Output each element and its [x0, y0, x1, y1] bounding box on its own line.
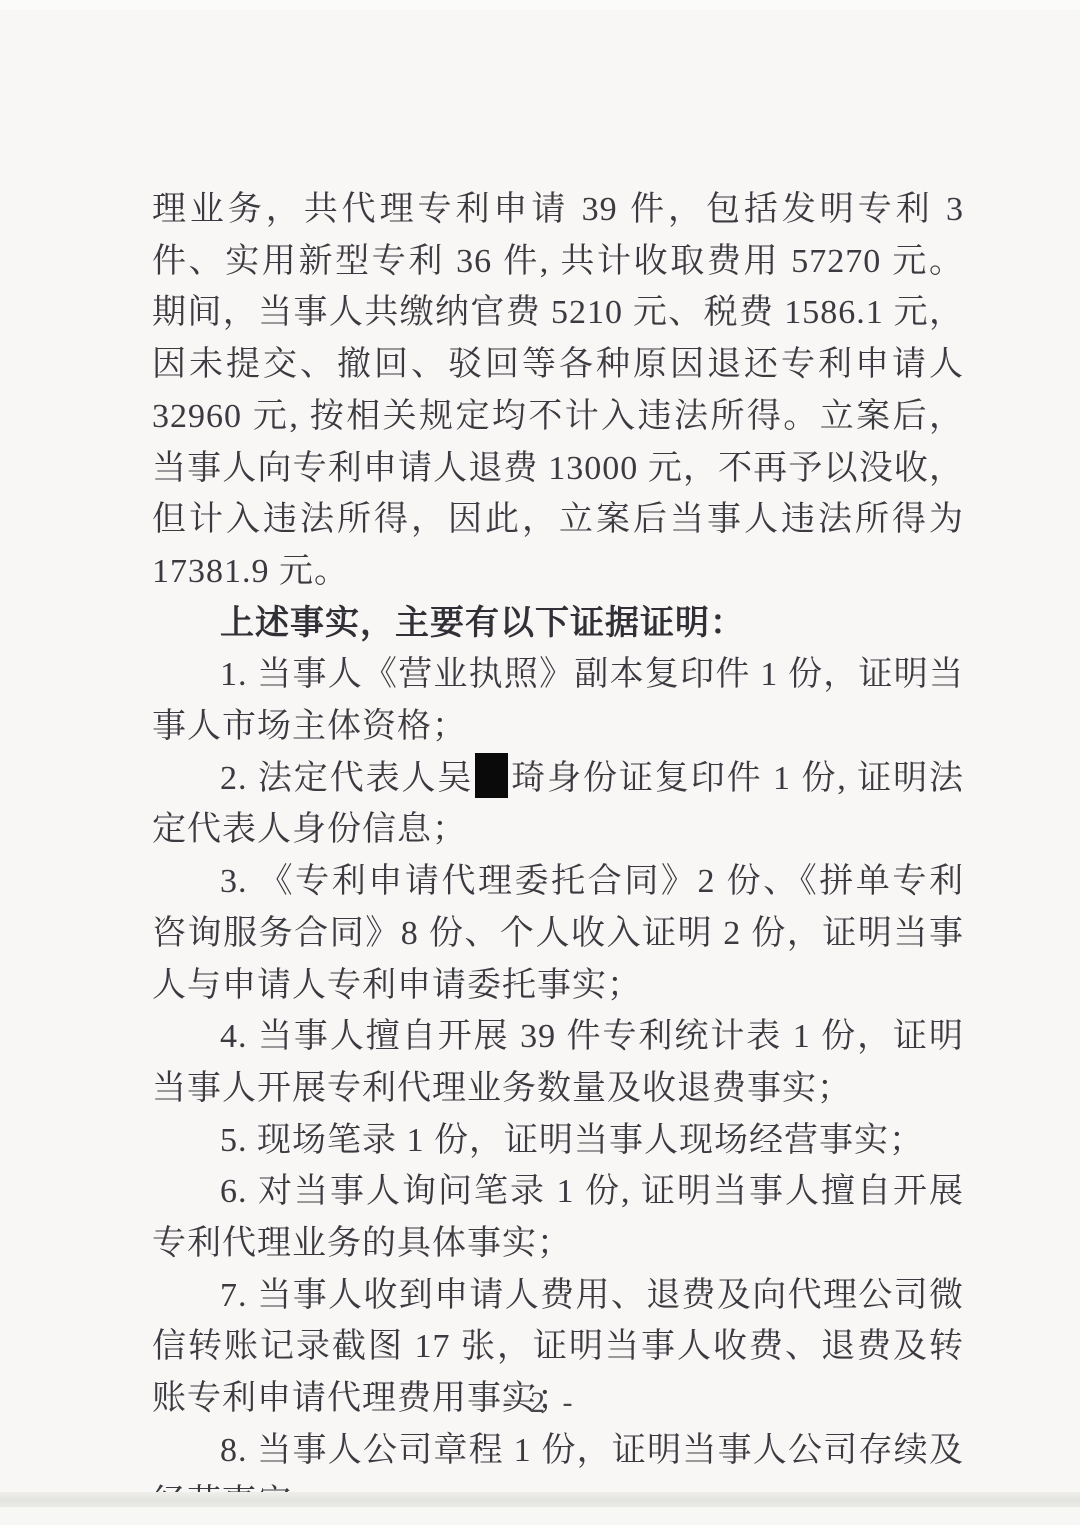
page-number: - 2 - [0, 1386, 1080, 1420]
evidence-item-3: 3. 《专利申请代理委托合同》2 份、《拼单专利咨询服务合同》8 份、个人收入证… [152, 856, 964, 1011]
redaction-box [475, 753, 508, 798]
evidence-item-1: 1. 当事人《营业执照》副本复印件 1 份，证明当事人市场主体资格； [152, 649, 964, 752]
evidence-heading: 上述事实，主要有以下证据证明： [152, 598, 964, 650]
scan-edge-bottom [0, 1507, 1080, 1525]
evidence-item-6: 6. 对当事人询问笔录 1 份, 证明当事人擅自开展专利代理业务的具体事实； [152, 1166, 964, 1269]
evidence-item-5: 5. 现场笔录 1 份，证明当事人现场经营事实； [152, 1115, 964, 1167]
scan-edge-shadow [0, 1492, 1080, 1507]
opening-paragraph: 理业务，共代理专利申请 39 件，包括发明专利 3 件、实用新型专利 36 件,… [152, 184, 964, 598]
evidence-item-2-text-before-redaction: 2. 法定代表人吴 [220, 760, 473, 797]
evidence-item-2: 2. 法定代表人吴琦身份证复印件 1 份, 证明法定代表人身份信息； [152, 753, 964, 856]
scanned-document-page: 理业务，共代理专利申请 39 件，包括发明专利 3 件、实用新型专利 36 件,… [0, 0, 1080, 1525]
document-body: 理业务，共代理专利申请 39 件，包括发明专利 3 件、实用新型专利 36 件,… [152, 184, 964, 1525]
evidence-item-4: 4. 当事人擅自开展 39 件专利统计表 1 份，证明当事人开展专利代理业务数量… [152, 1011, 964, 1114]
